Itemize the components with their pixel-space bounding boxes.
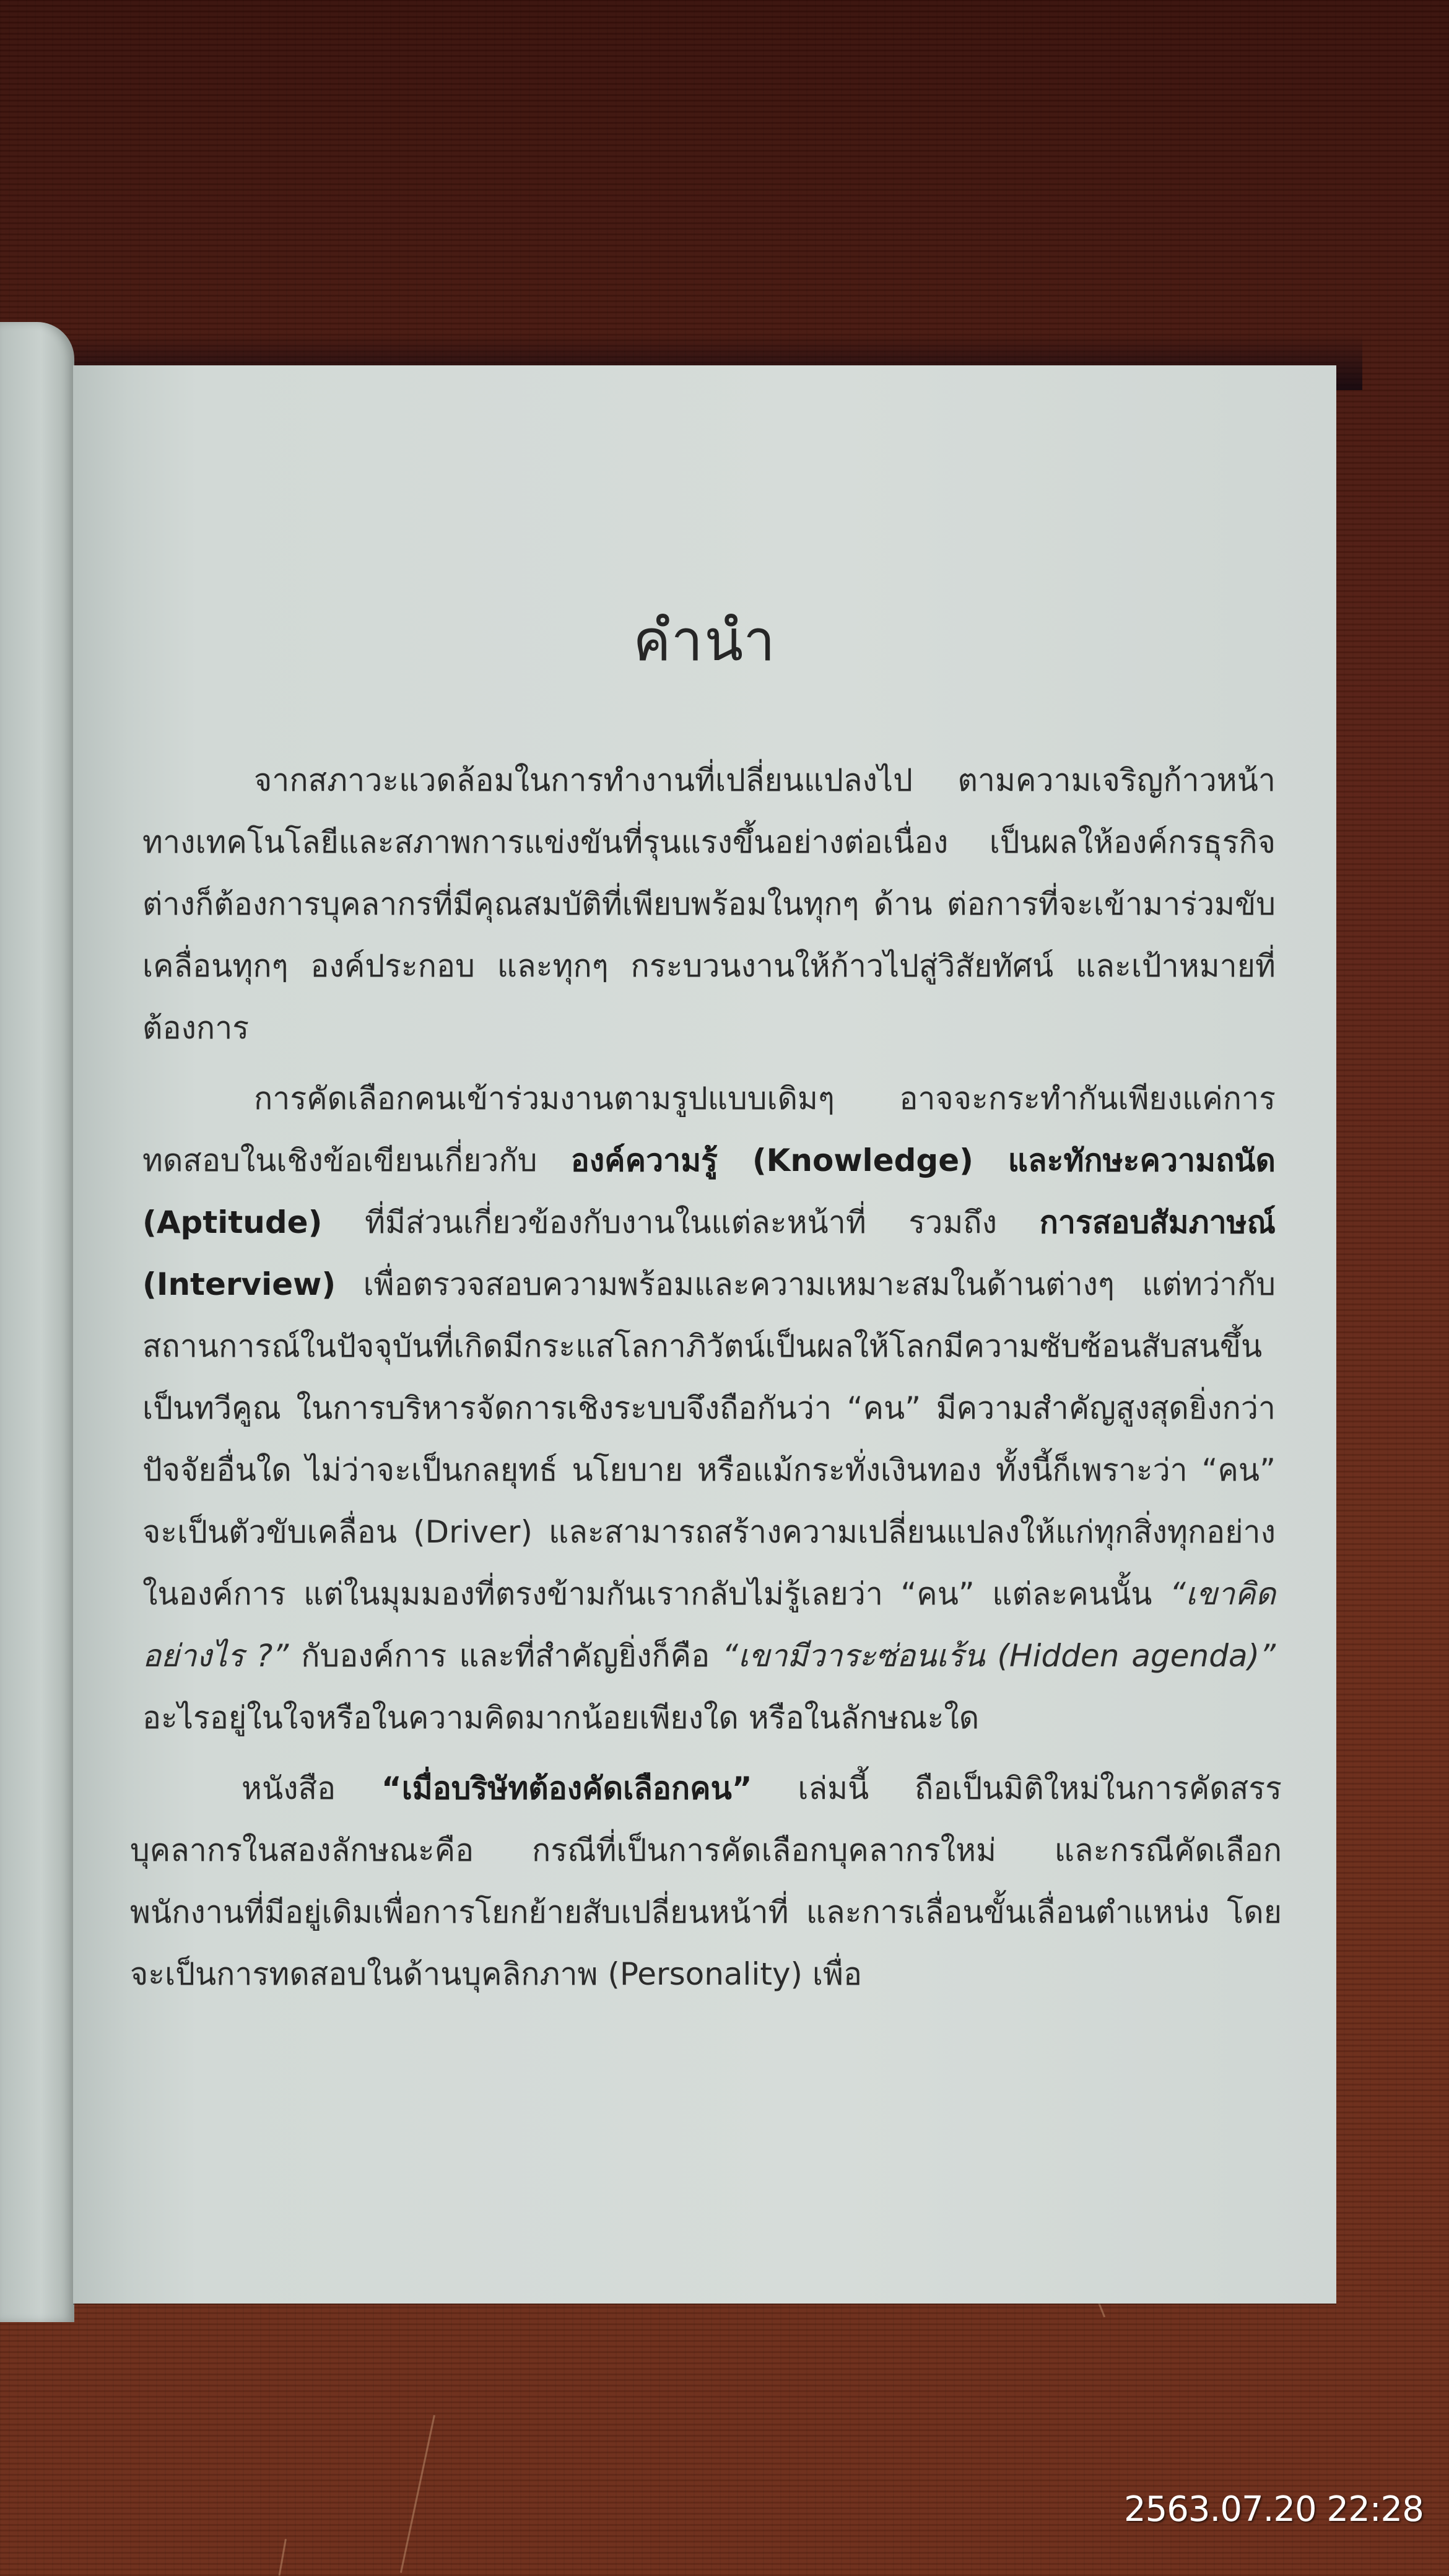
text-run: หนังสือ	[241, 1770, 381, 1806]
paragraph-1: จากสภาวะแวดล้อมในการทำงานที่เปลี่ยนแปลงไ…	[142, 749, 1276, 1059]
page-body-text: จากสภาวะแวดล้อมในการทำงานที่เปลี่ยนแปลงไ…	[142, 749, 1276, 2014]
paragraph-2: การคัดเลือกคนเข้าร่วมงานตามรูปแบบเดิมๆ อ…	[142, 1068, 1276, 1749]
italic-text-run: “เขามีวาระซ่อนเร้น (Hidden agenda)”	[722, 1638, 1276, 1674]
text-run: เพื่อตรวจสอบความพร้อมและความเหมาะสมในด้า…	[142, 1266, 1276, 1612]
page-title: คำนำ	[73, 594, 1336, 685]
book-page: คำนำ จากสภาวะแวดล้อมในการทำงานที่เปลี่ยน…	[73, 365, 1336, 2304]
paragraph-3: หนังสือ “เมื่อบริษัทต้องคัดเลือกคน” เล่ม…	[130, 1757, 1282, 2005]
text-run: กับองค์การ และที่สำคัญยิ่งก็คือ	[289, 1638, 722, 1674]
left-page-edge	[0, 322, 74, 2322]
text-run: อะไรอยู่ในใจหรือในความคิดมากน้อยเพียงใด …	[142, 1700, 979, 1736]
desk-scratch	[400, 2415, 435, 2573]
desk-scratch	[279, 2539, 287, 2576]
bold-text-run: “เมื่อบริษัทต้องคัดเลือกคน”	[381, 1770, 752, 1806]
text-run: ที่มีส่วนเกี่ยวข้องกับงานในแต่ละหน้าที่ …	[322, 1204, 1039, 1240]
photo-timestamp: 2563.07.20 22:28	[1124, 2489, 1424, 2530]
text-run: จากสภาวะแวดล้อมในการทำงานที่เปลี่ยนแปลงไ…	[142, 762, 1276, 1046]
